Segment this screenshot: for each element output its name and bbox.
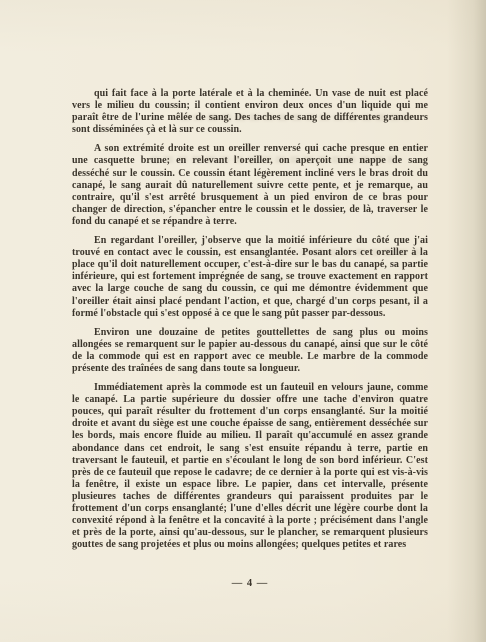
page-text-block: qui fait face à la porte latérale et à l… — [72, 88, 428, 551]
paragraph-1: qui fait face à la porte latérale et à l… — [72, 88, 428, 136]
paragraph-5: Immédiatement après la commode est un fa… — [72, 382, 428, 551]
scanned-book-page: qui fait face à la porte latérale et à l… — [0, 0, 486, 642]
page-number: — 4 — — [72, 578, 428, 589]
paragraph-2: A son extrémité droite est un oreiller r… — [72, 143, 428, 228]
paragraph-4: Environ une douzaine de petites gouttell… — [72, 327, 428, 375]
paragraph-3: En regardant l'oreiller, j'observe que l… — [72, 235, 428, 320]
